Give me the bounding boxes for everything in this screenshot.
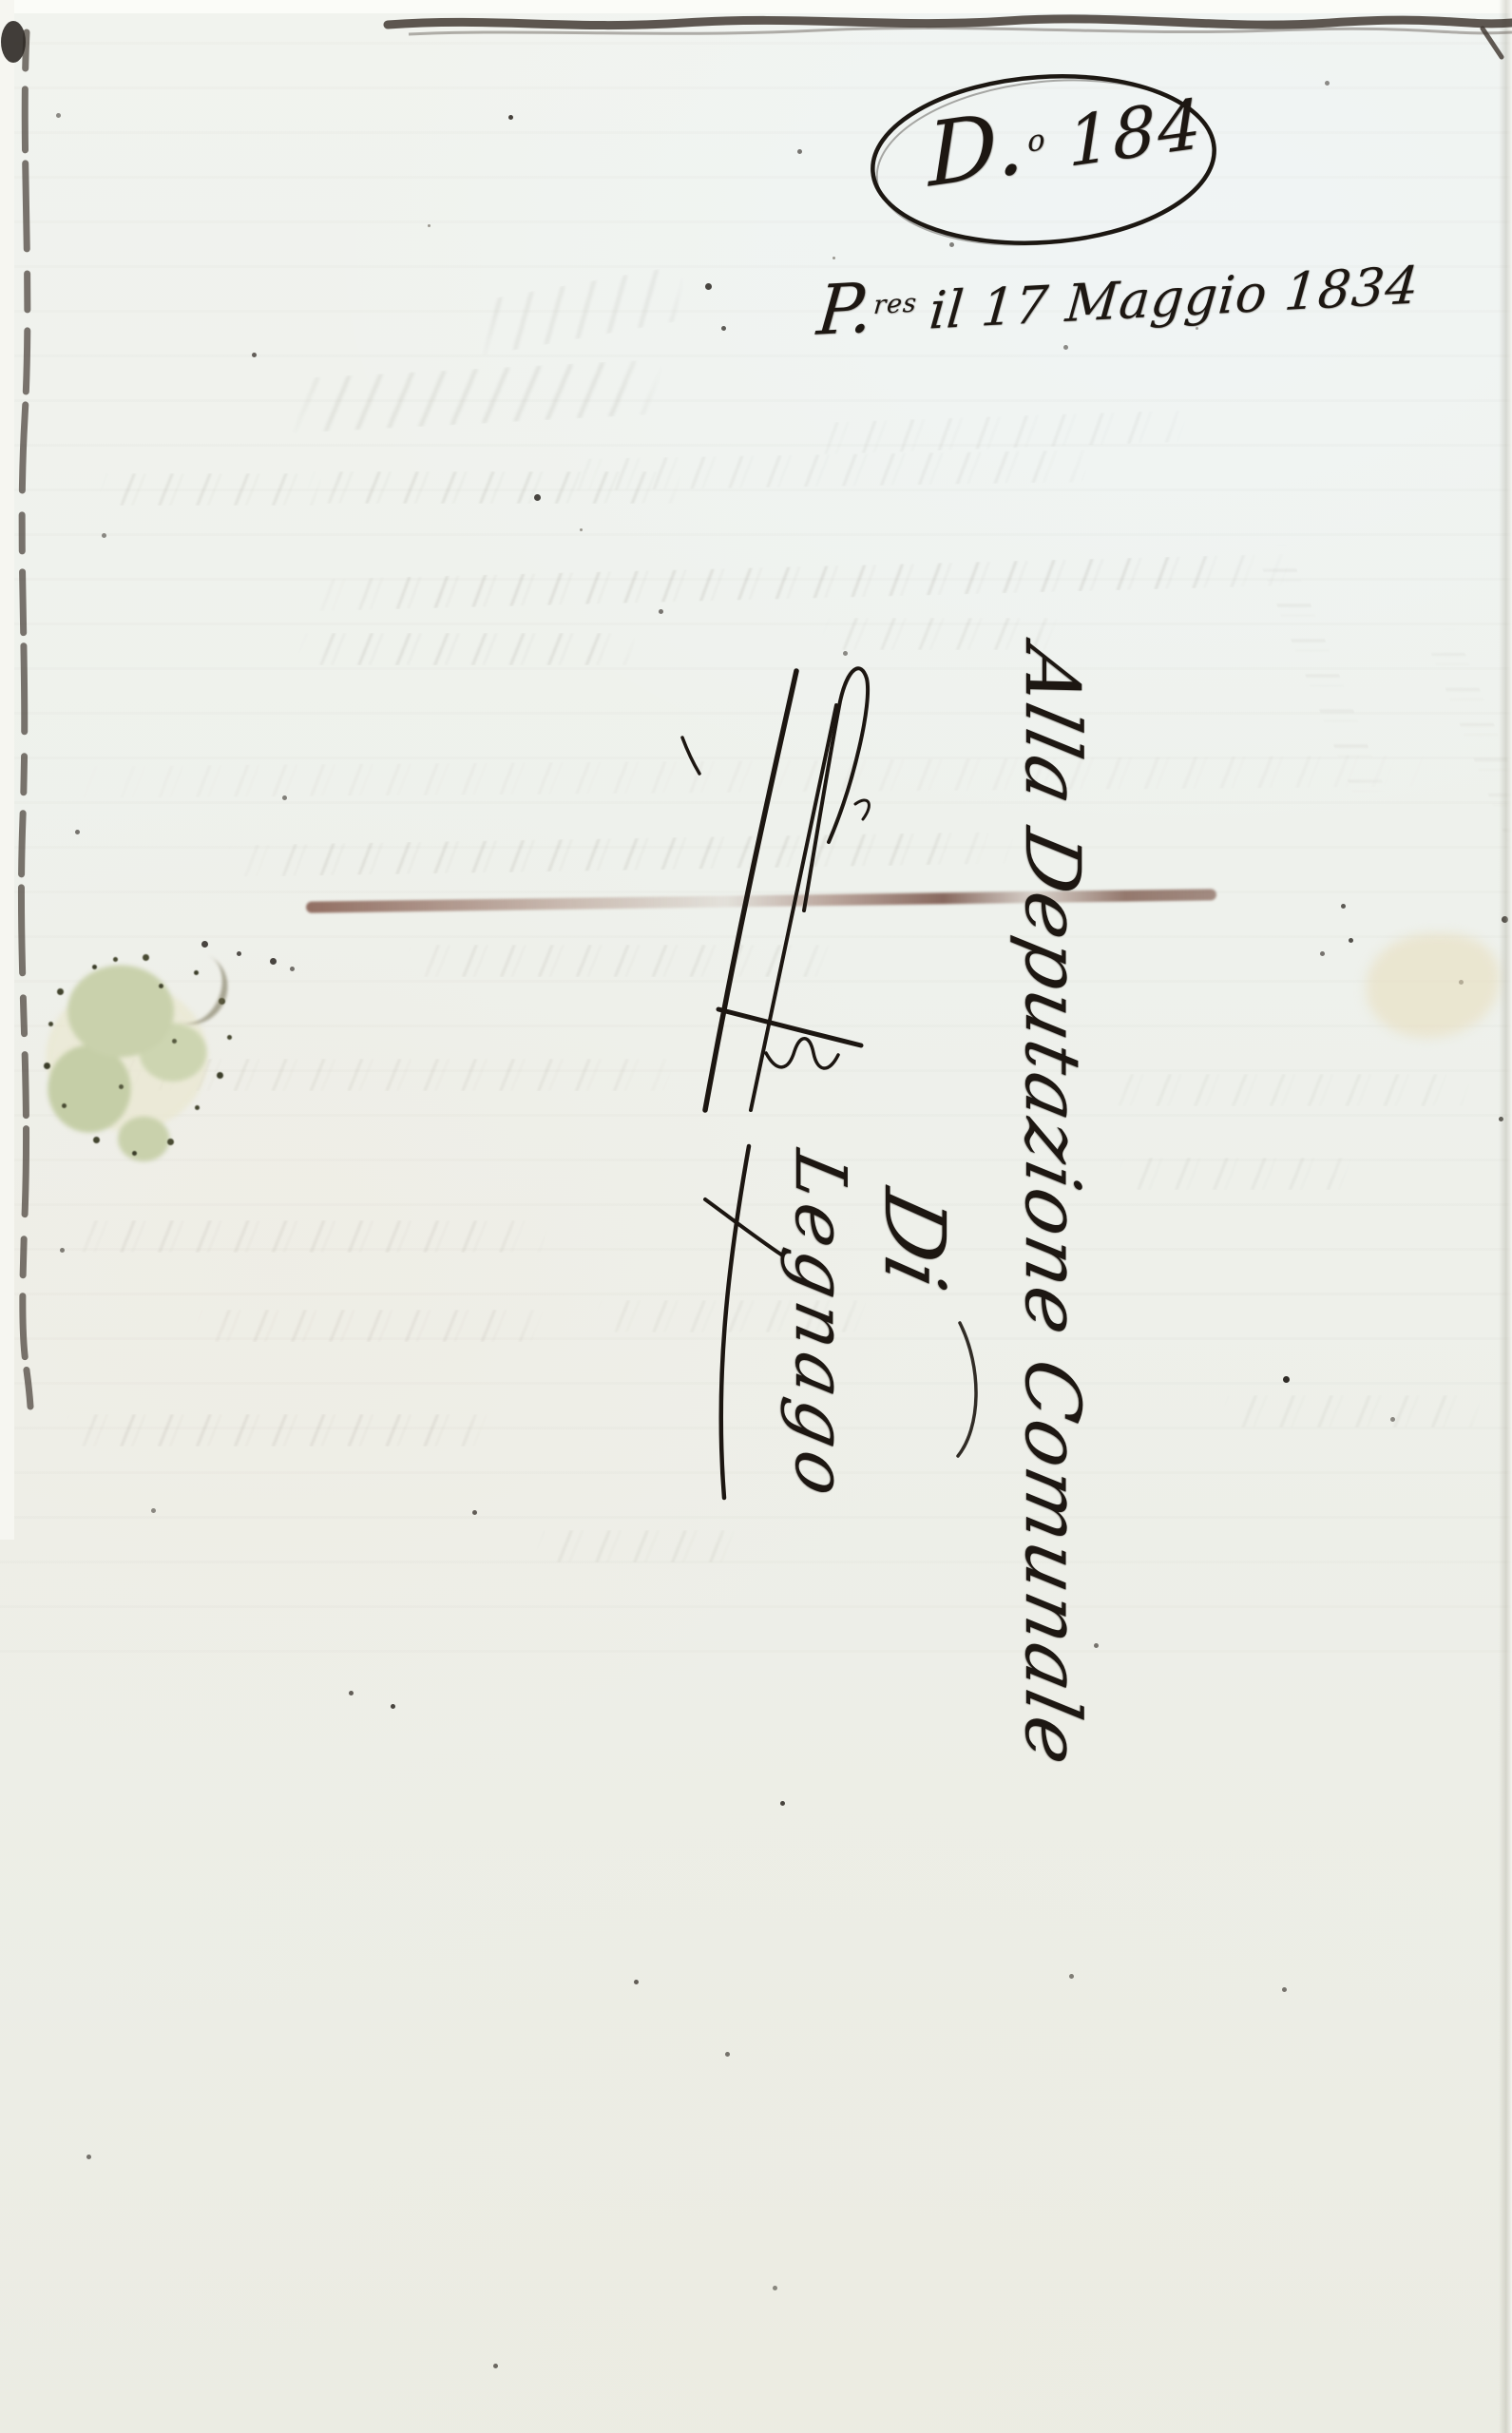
dateline-superscript: res <box>872 288 918 320</box>
bleedthrough-ghost-line <box>95 473 323 506</box>
bleedthrough-ghost-line <box>57 1414 504 1446</box>
dateline-prefix: P. <box>814 267 877 351</box>
address-line-3: Legnago <box>779 1144 861 1509</box>
bleedthrough-ghost-line <box>295 633 637 665</box>
docket-superscript: o <box>1027 123 1048 160</box>
bleedthrough-ghost-line <box>190 1310 551 1342</box>
bleedthrough-ghost-line <box>57 1220 551 1253</box>
address-line-1: Alla Deputazione Comunale <box>1008 639 1097 1774</box>
bleedthrough-ghost-line <box>1112 1158 1359 1190</box>
bleedthrough-ghost-line <box>1093 1074 1473 1106</box>
paper-sheet <box>0 0 1512 2433</box>
docket-value: 184 <box>1066 84 1204 182</box>
scanned-document-page: D.o184 P.resil 17 Maggio 1834 Alla Deput… <box>0 0 1512 2433</box>
scan-edge-top <box>0 0 1512 13</box>
bleedthrough-ghost-line <box>399 945 846 977</box>
docket-prefix: D. <box>927 91 1027 207</box>
bleedthrough-ghost-line <box>1216 1395 1483 1427</box>
scan-edge-right <box>1499 0 1512 2433</box>
scan-edge-left <box>0 0 14 1540</box>
bleedthrough-ghost-line <box>532 1530 741 1562</box>
